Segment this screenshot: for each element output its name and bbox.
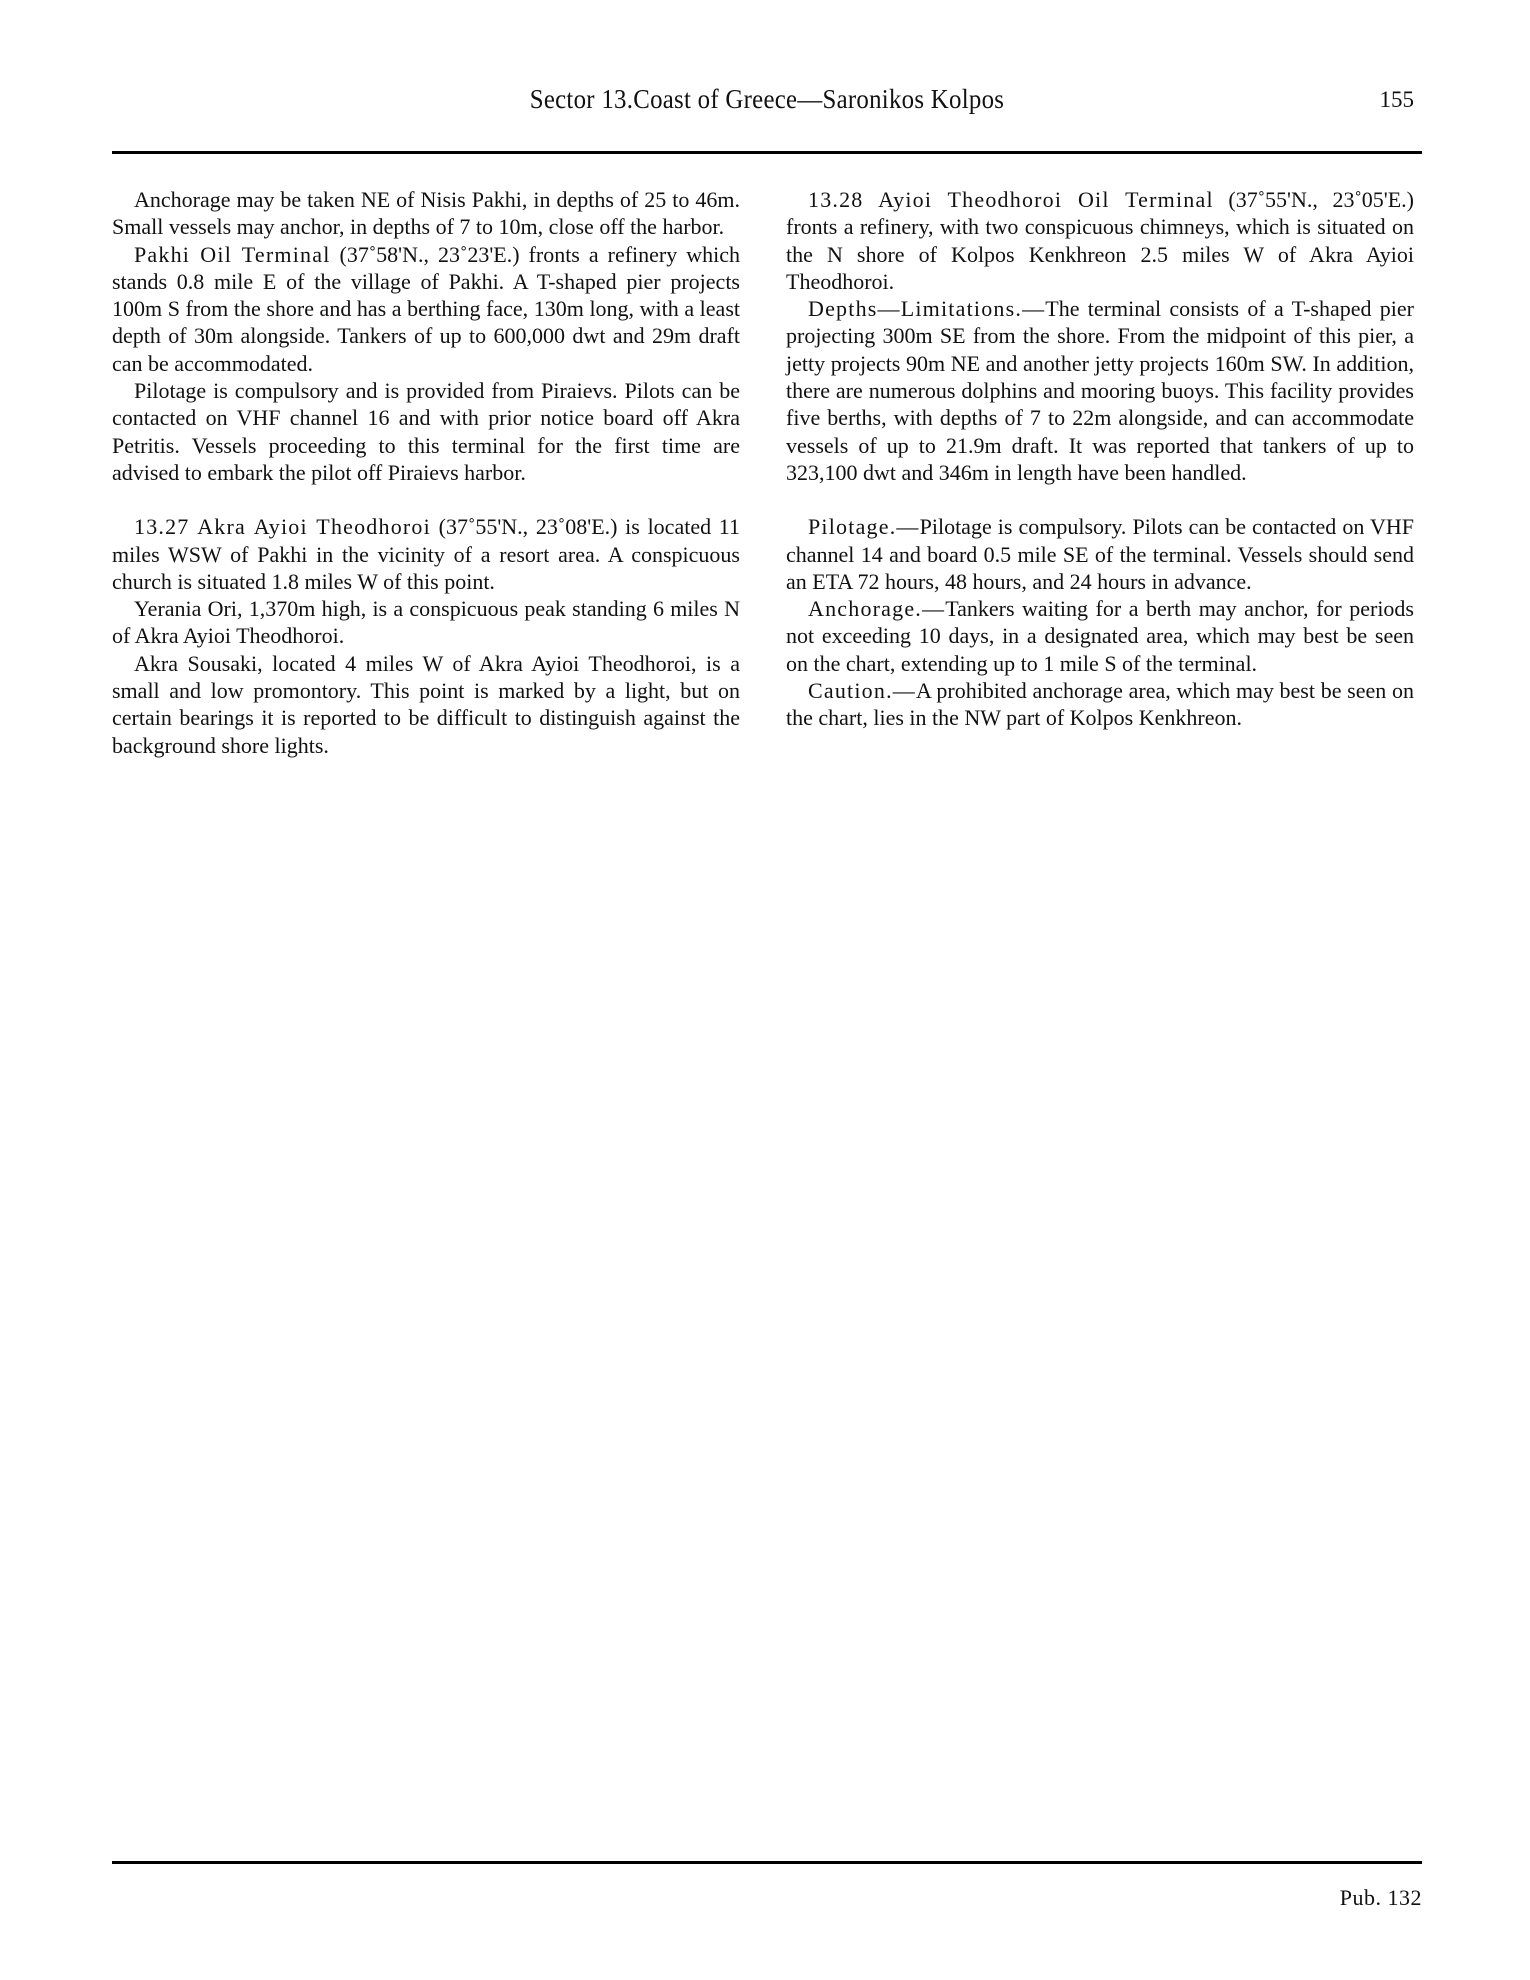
- publication-label: Pub. 132: [1340, 1885, 1422, 1911]
- subheading: Pilotage.—: [808, 514, 920, 539]
- paragraph-anchorage-nisis-pakhi: Anchorage may be taken NE of Nisis Pakhi…: [112, 186, 740, 241]
- section-13-27: 13.27 Akra Ayioi Theodhoroi (37˚55'N., 2…: [112, 513, 740, 595]
- right-column: 13.28 Ayioi Theodhoroi Oil Terminal (37˚…: [786, 186, 1414, 732]
- section-heading: 13.28 Ayioi Theodhoroi Oil Terminal: [808, 187, 1214, 212]
- paragraph-pakhi-oil-terminal: Pakhi Oil Terminal (37˚58'N., 23˚23'E.) …: [112, 241, 740, 377]
- section-spacer: [112, 486, 740, 513]
- page-title: Sector 13.Coast of Greece—Saronikos Kolp…: [164, 84, 1369, 115]
- section-13-28: 13.28 Ayioi Theodhoroi Oil Terminal (37˚…: [786, 186, 1414, 295]
- header-rule: [112, 151, 1422, 154]
- subheading: Depths—Limitations.—: [808, 296, 1045, 321]
- running-header: Sector 13.Coast of Greece—Saronikos Kolp…: [112, 84, 1422, 124]
- paragraph-lead: Pakhi Oil Terminal: [134, 242, 331, 267]
- paragraph-depths-limitations: Depths—Limitations.—The terminal consist…: [786, 295, 1414, 486]
- paragraph-caution: Caution.—A prohibited anchorage area, wh…: [786, 677, 1414, 732]
- paragraph-pakhi-pilotage: Pilotage is compulsory and is provided f…: [112, 377, 740, 486]
- paragraph-akra-sousaki: Akra Sousaki, located 4 miles W of Akra …: [112, 650, 740, 759]
- left-column: Anchorage may be taken NE of Nisis Pakhi…: [112, 186, 740, 759]
- paragraph-text: Akra Sousaki, located 4 miles W of Akra …: [112, 651, 740, 758]
- paragraph-text: The terminal consists of a T-shaped pier…: [786, 296, 1414, 485]
- footer-rule: [112, 1861, 1422, 1864]
- paragraph-anchorage: Anchorage.—Tankers waiting for a berth m…: [786, 595, 1414, 677]
- paragraph-text: Anchorage may be taken NE of Nisis Pakhi…: [112, 187, 740, 239]
- subheading: Anchorage.—: [808, 596, 945, 621]
- paragraph-pilotage: Pilotage.—Pilotage is compulsory. Pilots…: [786, 513, 1414, 595]
- subheading: Caution.—: [808, 678, 916, 703]
- section-spacer: [786, 486, 1414, 513]
- section-heading: 13.27 Akra Ayioi Theodhoroi: [134, 514, 431, 539]
- paragraph-yerania-ori: Yerania Ori, 1,370m high, is a conspicuo…: [112, 595, 740, 650]
- paragraph-text: Pilotage is compulsory and is provided f…: [112, 378, 740, 485]
- paragraph-text: Yerania Ori, 1,370m high, is a conspicuo…: [112, 596, 740, 648]
- page-number: 155: [1380, 87, 1415, 113]
